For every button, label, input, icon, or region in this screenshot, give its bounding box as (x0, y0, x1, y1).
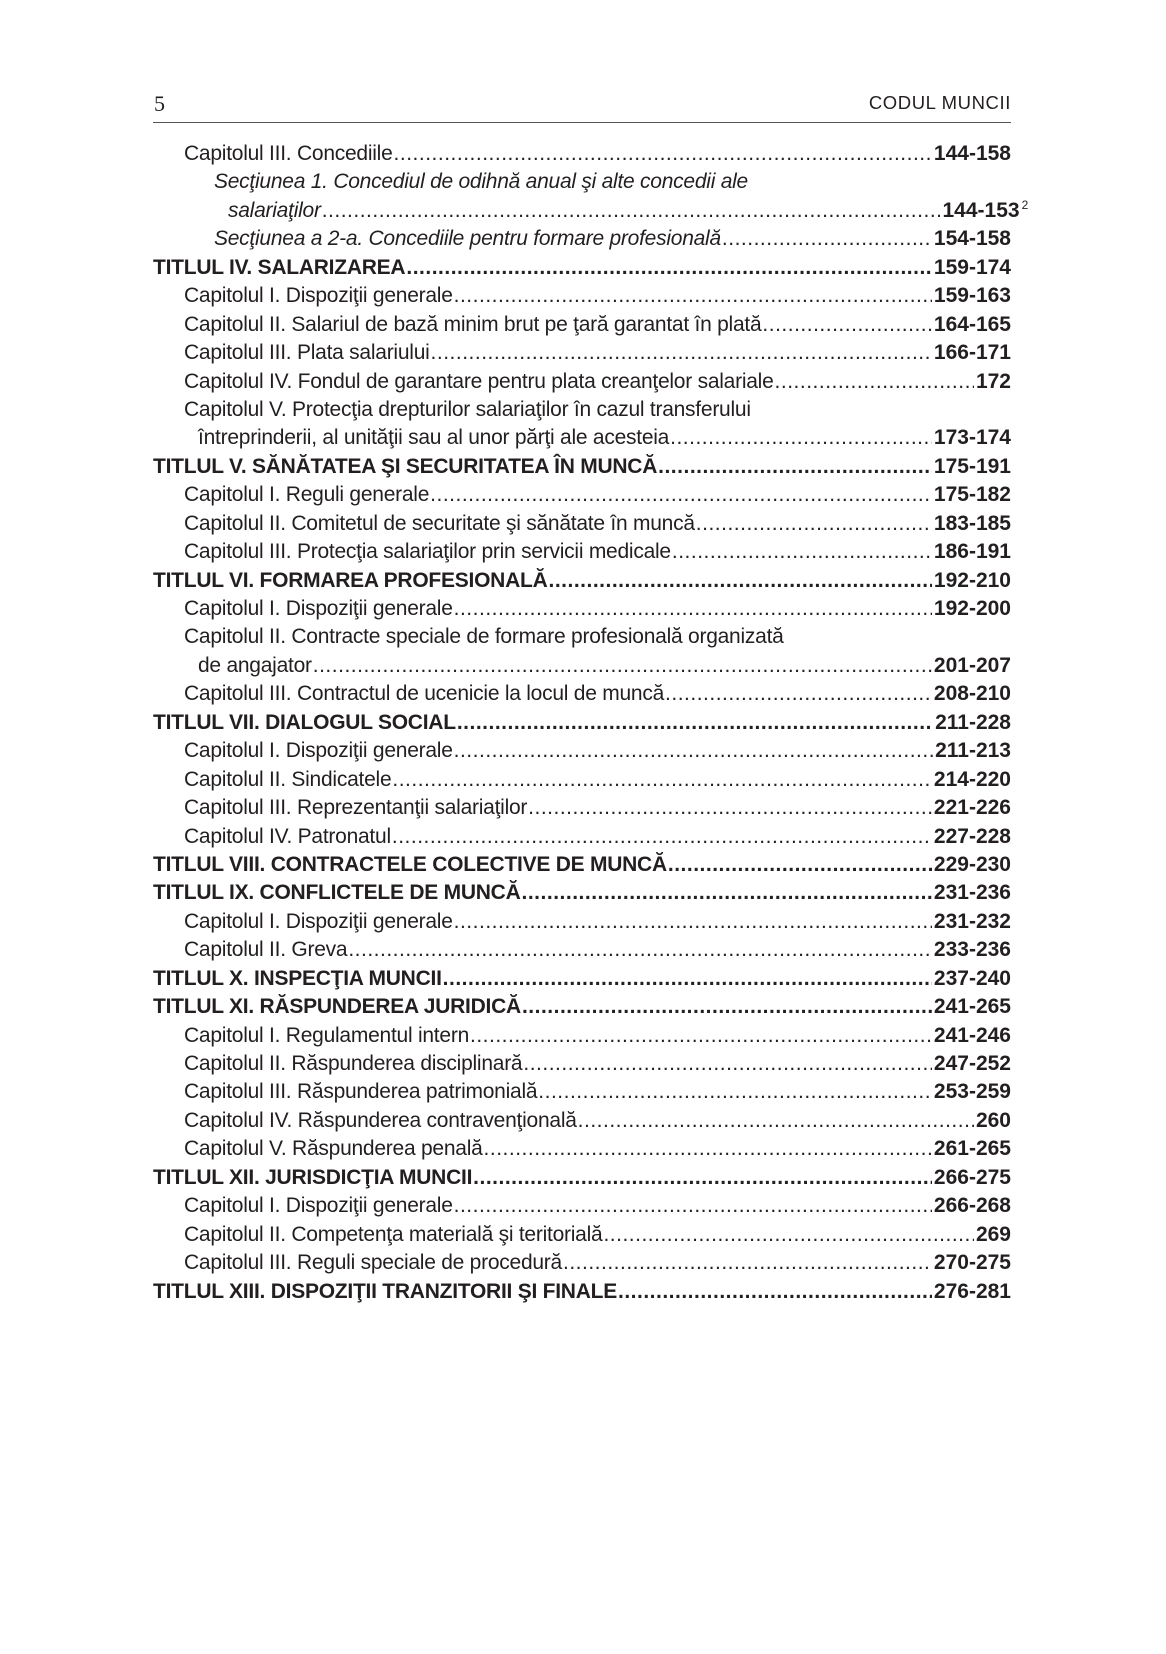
page-range-wrapper: 192-210 (934, 567, 1011, 595)
dot-leader (618, 1278, 932, 1306)
dot-leader (431, 339, 932, 367)
toc-entry-label: Capitolul I. Dispoziţii generale (184, 595, 453, 623)
dot-leader (549, 567, 932, 595)
page-range: 192-200 (934, 597, 1011, 620)
toc-chapter-entry: Capitolul III. Plata salariului166-171 (153, 339, 1011, 367)
toc-title-entry: TITLUL VIII. CONTRACTELE COLECTIVE DE MU… (153, 851, 1011, 879)
page-range: 237-240 (934, 967, 1011, 990)
page-range-wrapper: 211-228 (935, 709, 1011, 737)
page-range: 154-158 (934, 227, 1011, 250)
toc-chapter-entry: Capitolul III. Reguli speciale de proced… (153, 1249, 1011, 1277)
dot-leader (454, 908, 932, 936)
page-range-wrapper: 164-165 (934, 311, 1011, 339)
toc-chapter-entry: Capitolul II. Salariul de bază minim bru… (153, 311, 1011, 339)
toc-chapter-entry: Capitolul I. Dispoziţii generale159-163 (153, 282, 1011, 310)
page-range: 201-207 (934, 654, 1011, 677)
toc-entry-label: Capitolul II. Greva (184, 936, 347, 964)
page-range: 211-228 (935, 711, 1011, 734)
toc-chapter-entry: Capitolul IV. Răspunderea contravenţiona… (153, 1107, 1011, 1135)
page-range: 269 (976, 1223, 1011, 1246)
page-range-wrapper: 211-213 (935, 737, 1011, 765)
toc-chapter-entry: Capitolul V. Răspunderea penală261-265 (153, 1135, 1011, 1163)
dot-leader (454, 595, 932, 623)
toc-entry-label: Capitolul II. Competenţa materială şi te… (184, 1221, 602, 1249)
toc-entry-label: Secţiunea 1. Concediul de odihnă anual ş… (214, 170, 748, 193)
dot-leader (672, 538, 932, 566)
toc-entry-label: Capitolul I. Regulamentul intern (184, 1022, 469, 1050)
dot-leader (473, 1164, 932, 1192)
dot-leader (775, 368, 974, 396)
page-range: 166-171 (934, 341, 1011, 364)
toc-entry-label: Capitolul I. Dispoziţii generale (184, 908, 453, 936)
page-range-wrapper: 159-174 (934, 254, 1011, 282)
dot-leader (665, 680, 932, 708)
dot-leader (578, 1107, 974, 1135)
toc-entry-label: TITLUL XIII. DISPOZIŢII TRANZITORII ŞI F… (153, 1278, 617, 1306)
toc-entry-label: Capitolul II. Salariul de bază minim bru… (184, 311, 761, 339)
page-range-wrapper: 166-171 (934, 339, 1011, 367)
page-range-wrapper: 276-281 (934, 1278, 1011, 1306)
dot-leader (522, 993, 932, 1021)
dot-leader (523, 1050, 932, 1078)
page-range-wrapper: 159-163 (934, 282, 1011, 310)
toc-chapter-entry: Capitolul I. Dispoziţii generale211-213 (153, 737, 1011, 765)
page-range: 231-236 (934, 881, 1011, 904)
dot-leader (470, 1022, 932, 1050)
dot-leader (484, 1135, 932, 1163)
page-range: 266-268 (934, 1194, 1011, 1217)
page-range-wrapper: 201-207 (934, 652, 1011, 680)
page-range-wrapper: 183-185 (934, 510, 1011, 538)
dot-leader (457, 709, 933, 737)
toc-chapter-entry: Capitolul III. Concediile144-158 (153, 140, 1011, 168)
dot-leader (603, 1221, 974, 1249)
toc-chapter-entry: Capitolul II. Competenţa materială şi te… (153, 1221, 1011, 1249)
toc-entry-label: Capitolul V. Protecţia drepturilor salar… (184, 398, 751, 421)
page-range-wrapper: 261-265 (934, 1135, 1011, 1163)
page-number: 5 (154, 91, 165, 117)
toc-entry-label: Capitolul II. Contracte speciale de form… (184, 625, 784, 648)
page-range-wrapper: 154-158 (934, 225, 1011, 253)
dot-leader (658, 453, 932, 481)
page-range-wrapper: 175-182 (934, 481, 1011, 509)
toc-chapter-entry: Capitolul II. Greva233-236 (153, 936, 1011, 964)
toc-entry-label: TITLUL IX. CONFLICTELE DE MUNCĂ (153, 879, 521, 907)
dot-leader (454, 737, 933, 765)
dot-leader (430, 481, 932, 509)
page-range-wrapper: 233-236 (934, 936, 1011, 964)
toc-entry-label: Capitolul II. Sindicatele (184, 766, 391, 794)
dot-leader (454, 282, 932, 310)
toc-entry-label: întreprinderii, al unităţii sau al unor … (198, 424, 669, 452)
page-range: 231-232 (934, 910, 1011, 933)
toc-chapter-entry: Capitolul III. Contractul de ucenicie la… (153, 680, 1011, 708)
toc-chapter-entry: Capitolul II. Comitetul de securitate şi… (153, 510, 1011, 538)
page-range-wrapper: 186-191 (934, 538, 1011, 566)
page-range: 270-275 (934, 1251, 1011, 1274)
toc-chapter-entry: Capitolul IV. Patronatul227-228 (153, 823, 1011, 851)
dot-leader (722, 225, 932, 253)
page-range: 192-210 (934, 569, 1011, 592)
toc-entry-label: Capitolul III. Contractul de ucenicie la… (184, 680, 664, 708)
page-range: 214-220 (934, 768, 1011, 791)
toc-chapter-entry: Capitolul I. Dispoziţii generale266-268 (153, 1192, 1011, 1220)
page-range: 241-246 (934, 1024, 1011, 1047)
page-range: 173-174 (934, 426, 1011, 449)
toc-entry-label: TITLUL VII. DIALOGUL SOCIAL (153, 709, 456, 737)
page-range: 211-213 (935, 739, 1011, 762)
toc-chapter-entry: Capitolul III. Reprezentanţii salariaţil… (153, 794, 1011, 822)
dot-leader (443, 965, 932, 993)
page-range: 144-153 (942, 199, 1019, 222)
page-range-wrapper: 172 (976, 368, 1011, 396)
page-range: 276-281 (934, 1280, 1011, 1303)
toc-entry-label: Capitolul I. Dispoziţii generale (184, 1192, 453, 1220)
toc-chapter-entry: Capitolul II. Sindicatele214-220 (153, 766, 1011, 794)
toc-chapter-entry: Capitolul II. Răspunderea disciplinară24… (153, 1050, 1011, 1078)
page-range: 186-191 (934, 540, 1011, 563)
toc-entry-label: Capitolul III. Plata salariului (184, 339, 430, 367)
toc-entry-label: Capitolul III. Reprezentanţii salariaţil… (184, 794, 527, 822)
page-range: 144-158 (934, 142, 1011, 165)
toc-title-entry: TITLUL IV. SALARIZAREA159-174 (153, 254, 1011, 282)
page-range-wrapper: 175-191 (934, 453, 1011, 481)
dot-leader (392, 766, 932, 794)
toc-chapter-entry: Capitolul III. Răspunderea patrimonială2… (153, 1078, 1011, 1106)
page-range: 221-226 (934, 796, 1011, 819)
dot-leader (454, 1192, 932, 1220)
toc-entry-label: Capitolul III. Concediile (184, 140, 393, 168)
toc-chapter-entry: Capitolul I. Reguli generale175-182 (153, 481, 1011, 509)
toc-title-entry: TITLUL XI. RĂSPUNDEREA JURIDICĂ241-265 (153, 993, 1011, 1021)
dot-leader (563, 1249, 932, 1277)
toc-entry-label: TITLUL VIII. CONTRACTELE COLECTIVE DE MU… (153, 851, 667, 879)
dot-leader (538, 1078, 932, 1106)
toc-chapter-entry: de angajator201-207 (153, 652, 1011, 680)
page-range: 208-210 (934, 682, 1011, 705)
dot-leader (348, 936, 932, 964)
toc-title-entry: TITLUL XII. JURISDICŢIA MUNCII266-275 (153, 1164, 1011, 1192)
page-range-wrapper: 241-265 (934, 993, 1011, 1021)
toc-entry-label: Capitolul III. Protecţia salariaţilor pr… (184, 538, 671, 566)
dot-leader (696, 510, 932, 538)
toc-entry-label: Capitolul IV. Patronatul (184, 823, 391, 851)
page-range-wrapper: 253-259 (934, 1078, 1011, 1106)
dot-leader (670, 424, 932, 452)
page-range-wrapper: 192-200 (934, 595, 1011, 623)
page-range-wrapper: 241-246 (934, 1022, 1011, 1050)
page-range: 253-259 (934, 1080, 1011, 1103)
dot-leader (392, 823, 932, 851)
page-range: 227-228 (934, 825, 1011, 848)
page-range-wrapper: 208-210 (934, 680, 1011, 708)
toc-entry-label: Capitolul II. Răspunderea disciplinară (184, 1050, 522, 1078)
toc-entry-label: Capitolul II. Comitetul de securitate şi… (184, 510, 695, 538)
dot-leader (322, 197, 941, 225)
page-range-wrapper: 229-230 (934, 851, 1011, 879)
dot-leader (406, 254, 932, 282)
toc-chapter-entry: Capitolul I. Dispoziţii generale192-200 (153, 595, 1011, 623)
page-range: 261-265 (934, 1137, 1011, 1160)
toc-section-entry: Secţiunea a 2-a. Concediile pentru forma… (153, 225, 1011, 253)
toc-title-entry: TITLUL V. SĂNĂTATEA ŞI SECURITATEA ÎN MU… (153, 453, 1011, 481)
toc-title-entry: TITLUL VI. FORMAREA PROFESIONALĂ192-210 (153, 567, 1011, 595)
page-range-wrapper: 269 (976, 1221, 1011, 1249)
toc-entry-label: Capitolul III. Răspunderea patrimonială (184, 1078, 537, 1106)
toc-chapter-entry: Capitolul IV. Fondul de garantare pentru… (153, 368, 1011, 396)
toc-section-entry: Secţiunea 1. Concediul de odihnă anual ş… (153, 168, 1011, 196)
toc-section-entry: salariaţilor144-1532 (153, 197, 1011, 225)
page-range: 266-275 (934, 1166, 1011, 1189)
page-range-wrapper: 260 (976, 1107, 1011, 1135)
toc-chapter-entry: Capitolul II. Contracte speciale de form… (153, 623, 1011, 651)
page-range-wrapper: 214-220 (934, 766, 1011, 794)
page-range: 260 (976, 1109, 1011, 1132)
page-range-wrapper: 144-158 (934, 140, 1011, 168)
dot-leader (313, 652, 932, 680)
running-title: CODUL MUNCII (869, 92, 1011, 114)
page-range: 183-185 (934, 512, 1011, 535)
page-header: 5 CODUL MUNCII (153, 88, 1011, 123)
toc-entry-label: TITLUL X. INSPECŢIA MUNCII (153, 965, 442, 993)
toc-entry-label: Capitolul IV. Răspunderea contravenţiona… (184, 1107, 577, 1135)
page-range: 159-163 (934, 284, 1011, 307)
toc-entry-label: Capitolul IV. Fondul de garantare pentru… (184, 368, 774, 396)
page-range: 175-191 (934, 455, 1011, 478)
page-range-wrapper: 144-1532 (942, 197, 1028, 225)
dot-leader (762, 311, 932, 339)
toc-entry-label: TITLUL XII. JURISDICŢIA MUNCII (153, 1164, 472, 1192)
page-range: 159-174 (934, 256, 1011, 279)
toc-chapter-entry: Capitolul I. Regulamentul intern241-246 (153, 1022, 1011, 1050)
toc-title-entry: TITLUL IX. CONFLICTELE DE MUNCĂ231-236 (153, 879, 1011, 907)
page-range: 229-230 (934, 853, 1011, 876)
footnote-superscript: 2 (1022, 198, 1028, 212)
dot-leader (394, 140, 932, 168)
page-range: 233-236 (934, 938, 1011, 961)
page-range-wrapper: 227-228 (934, 823, 1011, 851)
toc-entry-label: Capitolul III. Reguli speciale de proced… (184, 1249, 562, 1277)
dot-leader (668, 851, 932, 879)
page-range: 241-265 (934, 995, 1011, 1018)
toc-entry-label: TITLUL VI. FORMAREA PROFESIONALĂ (153, 567, 548, 595)
page-range-wrapper: 231-236 (934, 879, 1011, 907)
toc-entry-label: TITLUL V. SĂNĂTATEA ŞI SECURITATEA ÎN MU… (153, 453, 657, 481)
toc-entry-label: Capitolul V. Răspunderea penală (184, 1135, 483, 1163)
toc-chapter-entry: Capitolul V. Protecţia drepturilor salar… (153, 396, 1011, 424)
page-range-wrapper: 237-240 (934, 965, 1011, 993)
toc-entry-label: TITLUL IV. SALARIZAREA (153, 254, 405, 282)
toc-entry-label: TITLUL XI. RĂSPUNDEREA JURIDICĂ (153, 993, 521, 1021)
page-range: 164-165 (934, 313, 1011, 336)
page-range-wrapper: 231-232 (934, 908, 1011, 936)
table-of-contents: Capitolul III. Concediile144-158Secţiune… (153, 140, 1011, 1306)
toc-title-entry: TITLUL X. INSPECŢIA MUNCII237-240 (153, 965, 1011, 993)
page-range-wrapper: 266-268 (934, 1192, 1011, 1220)
page-range-wrapper: 173-174 (934, 424, 1011, 452)
toc-entry-label: de angajator (198, 652, 312, 680)
toc-title-entry: TITLUL XIII. DISPOZIŢII TRANZITORII ŞI F… (153, 1278, 1011, 1306)
dot-leader (528, 794, 932, 822)
toc-entry-label: Capitolul I. Dispoziţii generale (184, 282, 453, 310)
page-range: 175-182 (934, 483, 1011, 506)
page-range-wrapper: 270-275 (934, 1249, 1011, 1277)
toc-entry-label: Secţiunea a 2-a. Concediile pentru forma… (214, 225, 721, 253)
toc-chapter-entry: întreprinderii, al unităţii sau al unor … (153, 424, 1011, 452)
toc-chapter-entry: Capitolul I. Dispoziţii generale231-232 (153, 908, 1011, 936)
toc-entry-label: Capitolul I. Reguli generale (184, 481, 429, 509)
toc-entry-label: salariaţilor (228, 197, 321, 225)
page-range: 172 (976, 370, 1011, 393)
toc-title-entry: TITLUL VII. DIALOGUL SOCIAL211-228 (153, 709, 1011, 737)
page-range-wrapper: 266-275 (934, 1164, 1011, 1192)
dot-leader (522, 879, 932, 907)
toc-chapter-entry: Capitolul III. Protecţia salariaţilor pr… (153, 538, 1011, 566)
page-range-wrapper: 221-226 (934, 794, 1011, 822)
page-range: 247-252 (934, 1052, 1011, 1075)
page-range-wrapper: 247-252 (934, 1050, 1011, 1078)
toc-entry-label: Capitolul I. Dispoziţii generale (184, 737, 453, 765)
